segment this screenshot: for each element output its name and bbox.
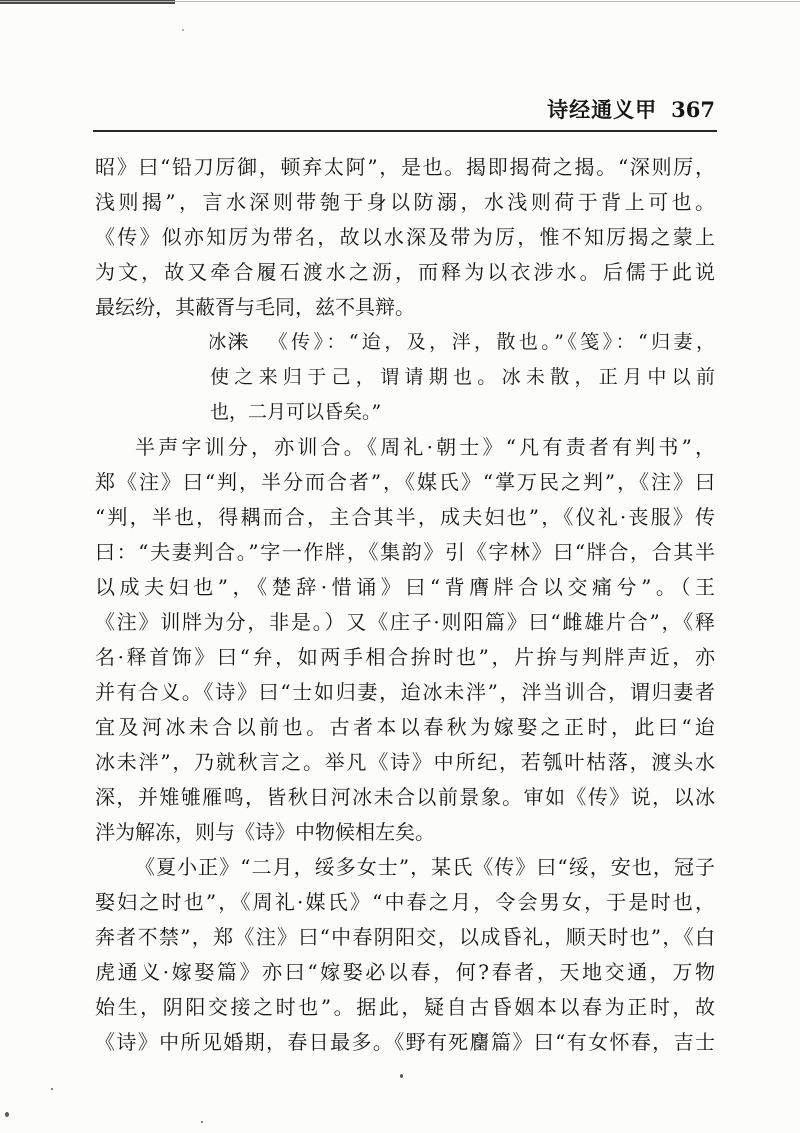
text-line: 深，并雉雊雁鸣，皆秋日河冰未合以前景象。审如《传》说，以冰 (95, 780, 715, 815)
scan-speck (51, 1088, 53, 1090)
paragraph-1: 昭》曰“铅刀厉御，顿弃太阿”，是也。揭即揭荷之揭。“深则厉， 浅则揭”，言水深则… (95, 150, 715, 325)
book-title: 诗经通义甲 (547, 97, 657, 122)
text-line: 半声字训分，亦训合。《周礼·朝士》“凡有责者有判书”， (95, 430, 715, 465)
scanned-book-page: 诗经通义甲367 昭》曰“铅刀厉御，顿弃太阿”，是也。揭即揭荷之揭。“深则厉， … (0, 0, 800, 1133)
text-line: 虎通义·嫁娶篇》亦曰“嫁娶必以春，何?春者，天地交通，万物 (95, 955, 715, 990)
text-line: 浅则揭”，言水深则带匏于身以防溺，水浅则荷于背上可也。 (95, 185, 715, 220)
text-line: 以成夫妇也”，《楚辞·惜诵》曰“背膺牉合以交痛兮”。（王 (95, 570, 715, 605)
scan-speck (182, 29, 184, 31)
entry-block: 迨冰未泮 《传》：“迨，及，泮，散也。”《笺》：“归妻， 使之来归于己，谓请期也… (210, 325, 715, 430)
text-line: 并有合义。《诗》曰“士如归妻，迨冰未泮”，泮当训合，谓归妻者 (95, 675, 715, 710)
text-line: 昭》曰“铅刀厉御，顿弃太阿”，是也。揭即揭荷之揭。“深则厉， (95, 150, 715, 185)
paragraph-3: 《夏小正》“二月，绥多女士”，某氏《传》曰“绥，安也，冠子 娶妇之时也”，《周礼… (95, 850, 715, 1060)
scan-speck (400, 1074, 403, 1078)
text-line: 最纭纷，其蔽胥与毛同，兹不具辩。 (95, 290, 715, 325)
text-line: 《诗》中所见婚期，春日最多。《野有死麕篇》曰“有女怀春，吉士 (95, 1025, 715, 1060)
text-line: “判，半也，得耦而合，主合其半，成夫妇也”，《仪礼·丧服》传 (95, 500, 715, 535)
text-line: 始生，阴阳交接之时也”。据此，疑自古昏姻本以春为正时，故 (95, 990, 715, 1025)
text-line: 为文，故又牵合履石渡水之沥，而释为以衣涉水。后儒于此说 (95, 255, 715, 290)
text-line: 奔者不禁”，郑《注》曰“中春阴阳交，以成昏礼，顺天时也”，《白 (95, 920, 715, 955)
text-line: 《夏小正》“二月，绥多女士”，某氏《传》曰“绥，安也，冠子 (95, 850, 715, 885)
text-line: 冰未泮”，乃就秋言之。举凡《诗》中所纪，若瓠叶枯落，渡头水 (95, 745, 715, 780)
text-line: 娶妇之时也”，《周礼·媒氏》“中春之月，令会男女，于是时也， (95, 885, 715, 920)
text-block: 昭》曰“铅刀厉御，顿弃太阿”，是也。揭即揭荷之揭。“深则厉， 浅则揭”，言水深则… (95, 150, 715, 1060)
text-line: 《注》训牉为分，非是。）又《庄子·则阳篇》曰“雌雄片合”，《释 (95, 605, 715, 640)
text-line: 宜及河冰未合以前也。古者本以春秋为嫁娶之正时，此曰“迨 (95, 710, 715, 745)
text-line: 《传》似亦知厉为带名，故以水深及带为厉，惟不知厉揭之蒙上 (95, 220, 715, 255)
text-line: 泮为解冻，则与《诗》中物候相左矣。 (95, 815, 715, 850)
page-number: 367 (671, 97, 715, 122)
entry-headword-line: 迨冰未泮 《传》：“迨，及，泮，散也。”《笺》：“归妻， (210, 325, 715, 360)
paragraph-2: 半声字训分，亦训合。《周礼·朝士》“凡有责者有判书”， 郑《注》曰“判，半分而合… (95, 430, 715, 850)
text-line: 使之来归于己，谓请期也。冰未散，正月中以前 (210, 360, 715, 395)
text-line: 也，二月可以昏矣。” (210, 395, 715, 430)
text-line: 郑《注》曰“判，半分而合者”，《媒氏》“掌万民之判”，《注》曰 (95, 465, 715, 500)
scan-speck (5, 1112, 9, 1117)
scan-speck (201, 1121, 203, 1123)
text-line: 曰：“夫妻判合。”字一作牉，《集韵》引《字林》曰“牉合，合其半 (95, 535, 715, 570)
scan-edge-hairline (0, 1, 800, 2)
running-head: 诗经通义甲367 (95, 94, 715, 124)
entry-quote-start: 《传》：“迨，及，泮，散也。”《笺》：“归妻， (252, 331, 715, 353)
header-rule (93, 130, 717, 132)
text-line: 名·释首饰》曰“弁，如两手相合拚时也”，片拚与判牉声近，亦 (95, 640, 715, 675)
